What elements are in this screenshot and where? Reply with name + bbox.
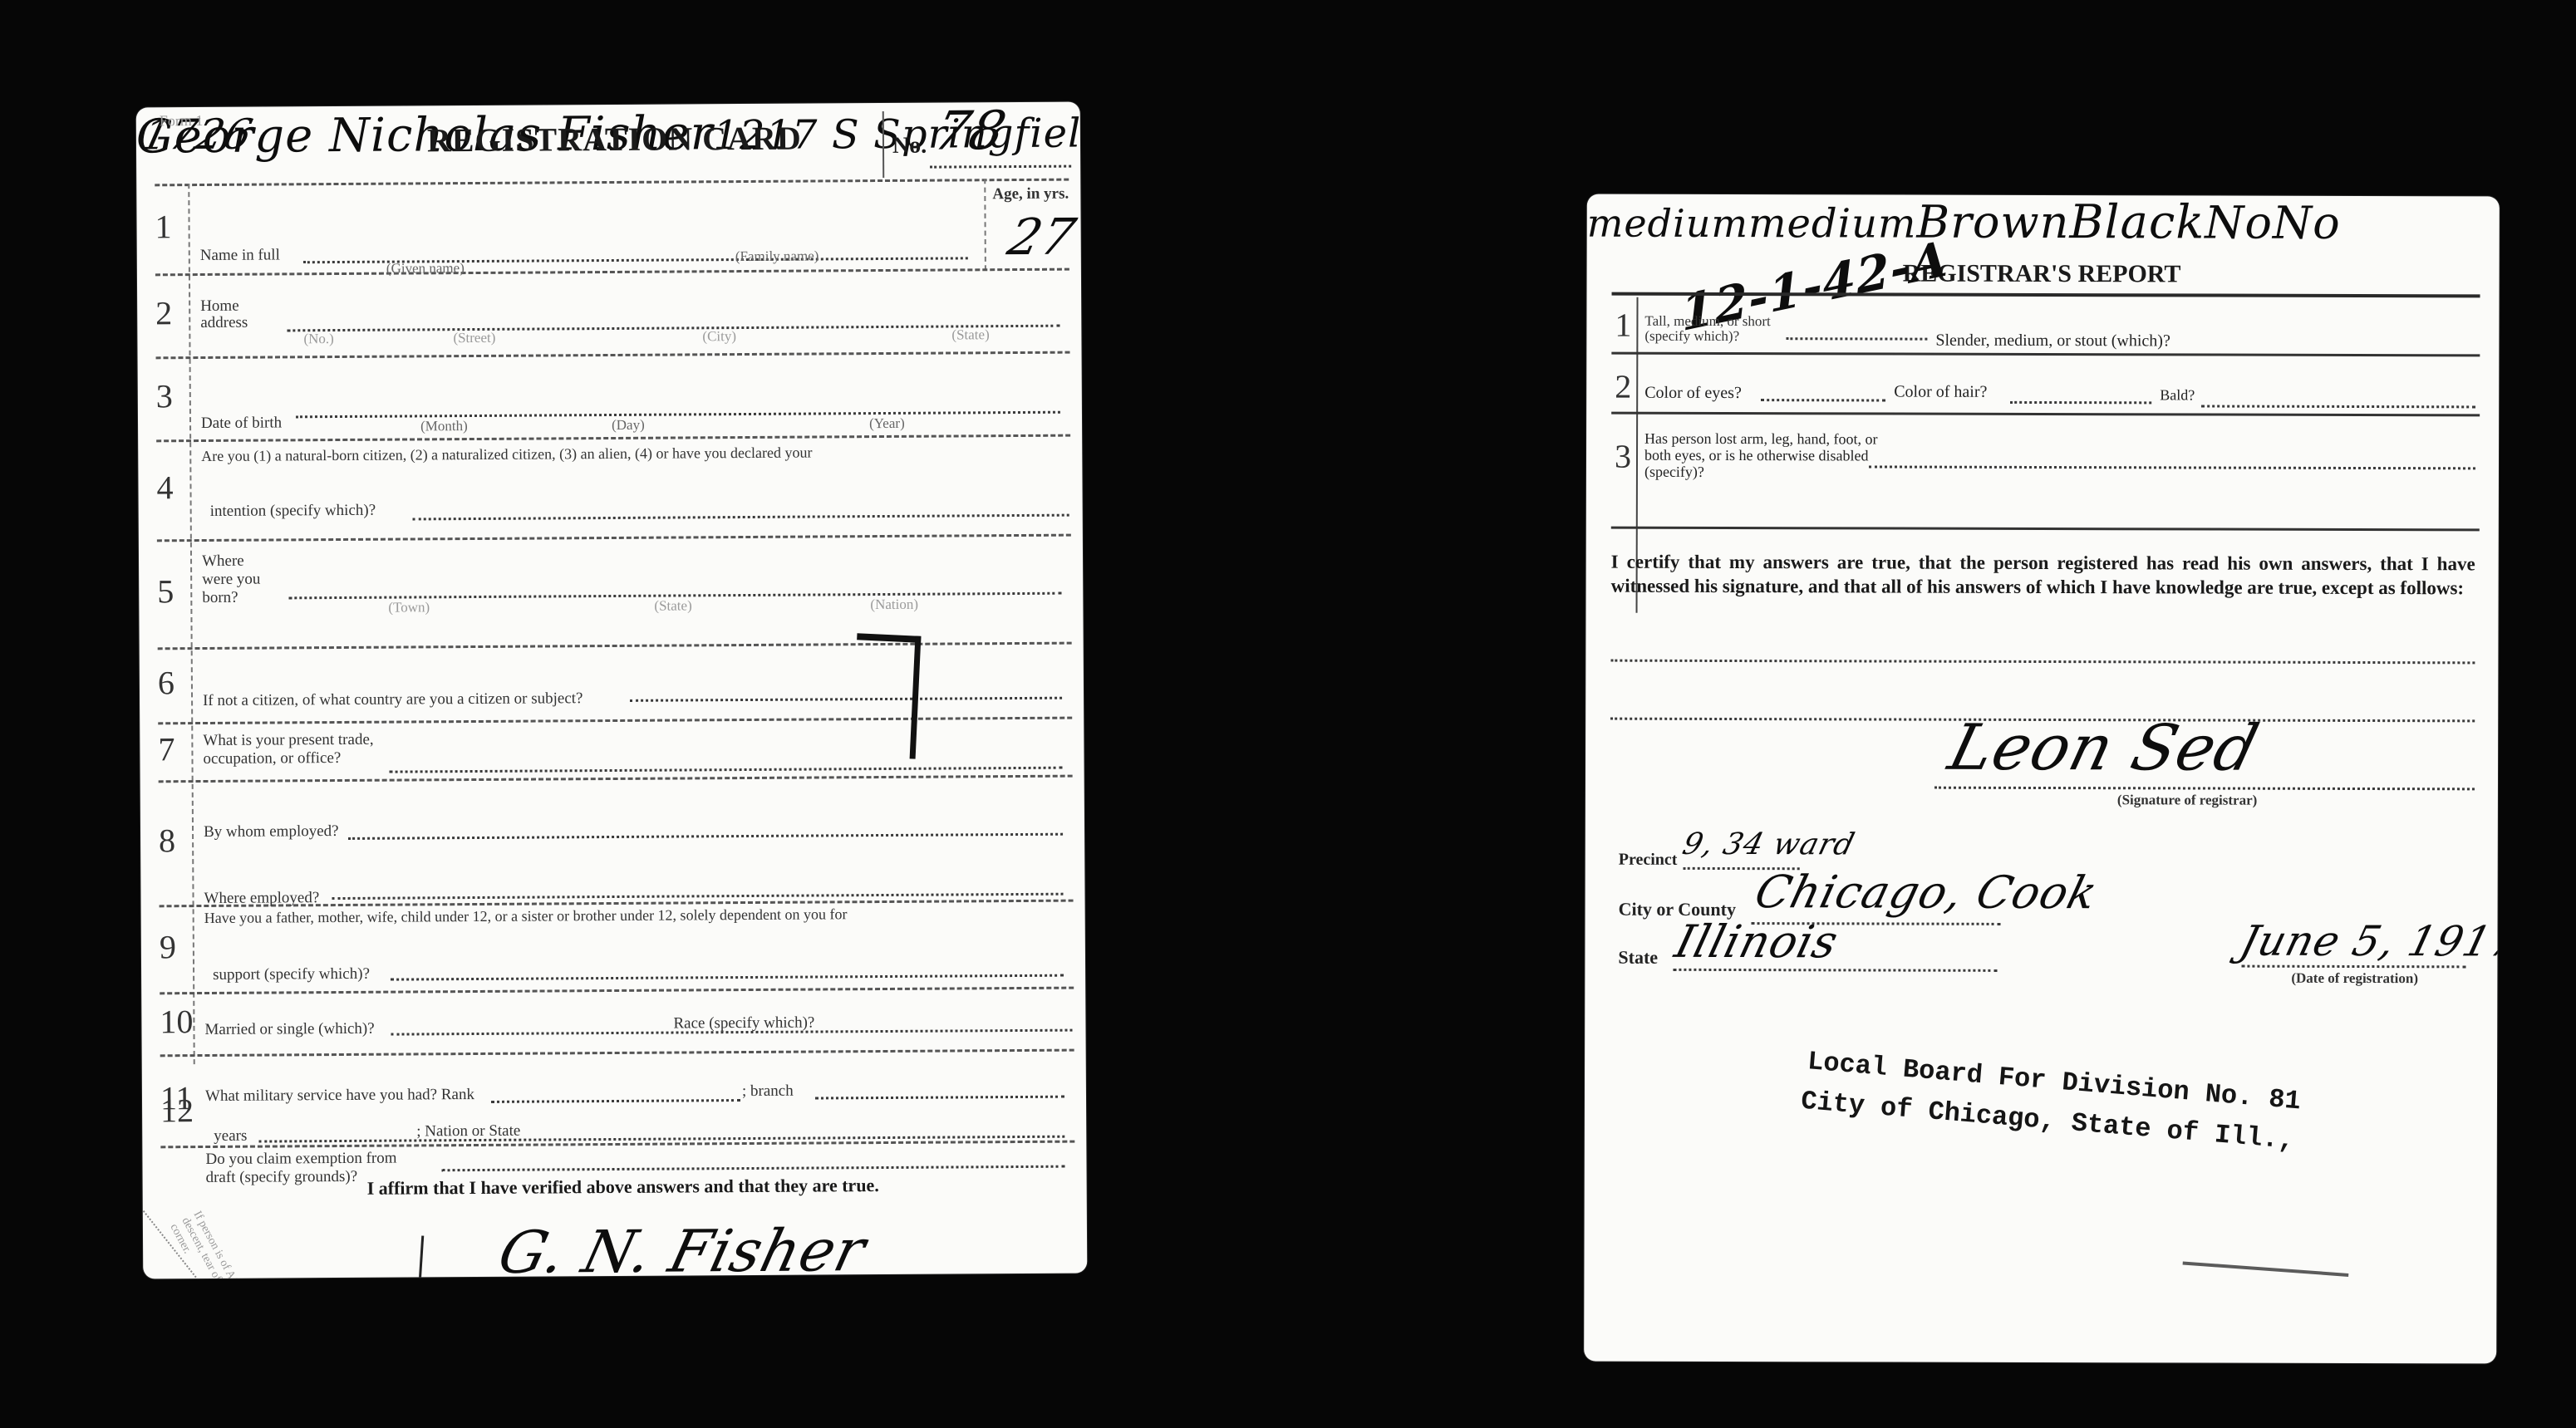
answer-line — [413, 514, 1069, 521]
branch-label: ; branch — [742, 1082, 794, 1101]
answer-line — [348, 833, 1063, 840]
row-number: 7 — [158, 729, 175, 768]
dob-caption: (Year) — [869, 415, 905, 432]
state-line — [1673, 969, 1997, 972]
registrar-signature-label: (Signature of registrar) — [2117, 792, 2257, 808]
form-label: Form 1 — [160, 112, 204, 130]
build-label: Slender, medium, or stout (which)? — [1935, 331, 2170, 351]
row-number: 6 — [158, 663, 175, 702]
hair-color-value: Black — [2069, 195, 2205, 249]
address-caption: (No.) — [303, 331, 333, 347]
bald-label: Bald? — [2160, 386, 2195, 404]
no-line — [930, 165, 1071, 169]
row-number: 2 — [1615, 367, 1631, 406]
answer-line — [815, 1096, 1064, 1100]
date-label: (Date of registration) — [2291, 970, 2418, 987]
row-separator — [155, 268, 1069, 277]
row-number: 3 — [1615, 437, 1631, 476]
row-number: 3 — [156, 376, 173, 415]
address-caption: (City) — [702, 328, 736, 345]
home-address-label: Home address — [200, 298, 267, 331]
date-line — [2241, 965, 2465, 969]
answer-line — [1761, 399, 1885, 401]
answer-line — [390, 767, 1063, 773]
row-number: 9 — [160, 927, 176, 966]
family-name-caption: (Family name) — [735, 248, 819, 265]
row-separator — [1611, 527, 2480, 532]
row-number: 1 — [155, 207, 171, 246]
row-separator — [160, 1049, 1074, 1058]
registration-date: June 5, 1917 — [2235, 917, 2500, 966]
state-value: Illinois — [1670, 915, 1844, 968]
registrars-report-card: REGISTRAR'S REPORT 12-1-42-A 1Tall, medi… — [1584, 194, 2500, 1364]
row-number: 1 — [1615, 306, 1631, 345]
occupation-label: What is your present trade, occupation, … — [203, 731, 386, 768]
ink-mark — [414, 1235, 425, 1278]
report-rows: 1Tall, medium, or short (specify which)?… — [1587, 194, 2500, 251]
registrar-signature-line — [1934, 787, 2475, 791]
row-separator — [1611, 412, 2480, 417]
hair-color-label: Color of hair? — [1894, 383, 1987, 402]
row-separator — [158, 717, 1072, 725]
row-separator — [156, 351, 1070, 360]
birthplace-label: Where were you born? — [202, 552, 268, 607]
dependents-question: Have you a father, mother, wife, child u… — [204, 905, 848, 927]
row-separator — [157, 534, 1071, 542]
height-value: medium — [1587, 201, 1748, 247]
registration-card: 1726 Form 1 REGISTRATION CARD No. 78 Age… — [136, 102, 1088, 1279]
name-label: Name in full — [200, 246, 280, 265]
years-label: years — [214, 1127, 247, 1146]
precinct-value: 9, 34 ward — [1679, 827, 1859, 862]
bald-value: No — [2205, 197, 2273, 249]
tear-corner-text: If person is of African descent, tear of… — [167, 1210, 261, 1279]
answer-line — [332, 893, 1064, 900]
certify-text: I certify that my answers are true, that… — [1611, 550, 2475, 601]
birthplace-caption: (Town) — [388, 599, 430, 616]
answer-line — [296, 411, 1060, 419]
citizenship-question: Are you (1) a natural-born citizen, (2) … — [201, 444, 812, 465]
registrar-signature: Leon Sed — [1942, 710, 2266, 785]
answer-line — [491, 1099, 740, 1103]
build-height-label: Tall, medium, or short (specify which)? — [1644, 314, 1794, 344]
answer-line — [287, 325, 1059, 332]
answer-line — [391, 974, 1064, 981]
row-separator — [156, 434, 1070, 443]
answer-line — [1786, 337, 1927, 340]
answer-line — [442, 1165, 1065, 1172]
given-name-caption: (Given name) — [386, 260, 465, 277]
row-separator — [158, 642, 1072, 650]
registrant-signature: G. N. Fisher — [492, 1216, 873, 1278]
precinct-label: Precinct — [1619, 851, 1678, 870]
answer-line — [2010, 401, 2151, 404]
answer-line — [2201, 405, 2475, 409]
row-number: 4 — [156, 468, 173, 507]
ink-bracket — [852, 633, 922, 758]
no-label: No. — [892, 133, 927, 159]
answer-line — [630, 697, 1062, 702]
marital-label: Married or single (which)? — [204, 1020, 374, 1039]
disability-label: Has person lost arm, leg, hand, foot, or… — [1644, 430, 1894, 481]
citizen-of-label: If not a citizen, of what country are yo… — [203, 689, 583, 710]
affirm-text: I affirm that I have verified above answ… — [367, 1175, 879, 1200]
intention-label: intention (specify which)? — [210, 502, 376, 521]
row-number-divider — [188, 184, 194, 1064]
employer-label: By whom employed? — [204, 822, 339, 842]
row-number: 5 — [157, 572, 174, 611]
row-number: 2 — [155, 293, 172, 332]
work-location-label: Where employed? — [204, 889, 319, 908]
row-number: 12 — [160, 1091, 194, 1130]
birthplace-caption: (State) — [654, 597, 691, 614]
military-service-label: What military service have you had? Rank — [205, 1086, 474, 1106]
dob-caption: (Day) — [612, 417, 645, 434]
row-separator — [160, 987, 1074, 995]
state-label: State — [1618, 947, 1658, 969]
address-caption: (Street) — [453, 330, 495, 346]
local-board-stamp: Local Board For Division No. 81 City of … — [1802, 1042, 2302, 1161]
row-separator — [159, 775, 1073, 783]
exception-line-1 — [1610, 660, 2475, 665]
disability-value: No — [2273, 197, 2341, 249]
answer-line — [1869, 465, 2475, 469]
dob-label: Date of birth — [201, 414, 282, 433]
age-value: 27 — [1002, 209, 1081, 267]
row-number: 8 — [159, 821, 175, 860]
support-label: support (specify which)? — [213, 965, 370, 984]
city-value: Chicago, Cook — [1750, 866, 2103, 919]
dob-caption: (Month) — [420, 418, 468, 434]
card-title: REGISTRATION CARD — [427, 119, 802, 160]
row-separator — [155, 179, 1069, 187]
address-caption: (State) — [951, 326, 989, 343]
eye-color-label: Color of eyes? — [1644, 384, 1742, 403]
age-label: Age, in yrs. — [992, 185, 1069, 204]
age-divider — [984, 179, 986, 270]
row-number: 10 — [160, 1002, 193, 1041]
row-separator — [1611, 352, 2480, 357]
stamp-smudge — [2183, 1261, 2349, 1276]
birthplace-caption: (Nation) — [870, 596, 918, 613]
